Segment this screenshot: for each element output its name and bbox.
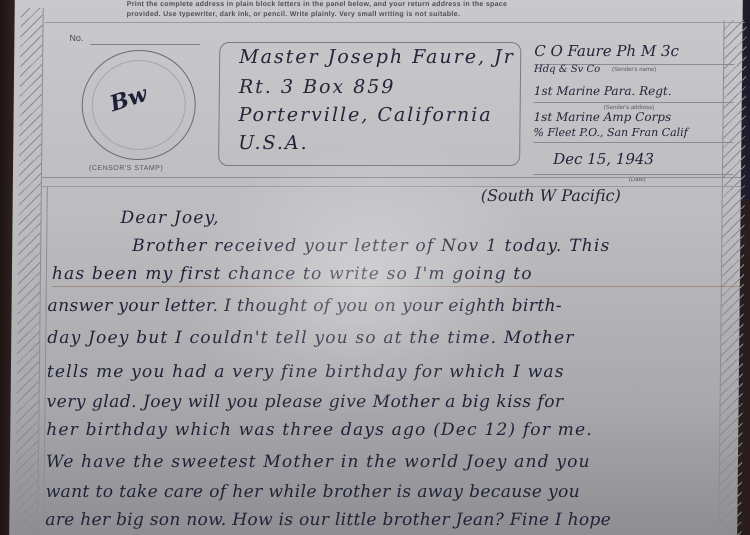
recipient-country: U.S.A.: [238, 132, 309, 154]
number-line: [90, 44, 200, 45]
sender-address-line-2: 1st Marine Amp Corps: [534, 110, 672, 124]
sender-name: C O Faure Ph M 3c: [534, 42, 679, 60]
recipient-street: Rt. 3 Box 859: [239, 76, 396, 98]
top-rule: [45, 22, 745, 23]
sender-name-label: (Sender's name): [612, 67, 656, 73]
censor-stamp-caption: (CENSOR'S STAMP): [89, 165, 163, 172]
letter-line-9: want to take care of her while brother i…: [46, 482, 581, 502]
sender-address-line-1: 1st Marine Para. Regt.: [534, 84, 672, 98]
letter-line-3: answer your letter. I thought of you on …: [47, 296, 562, 316]
instructions-line-2: provided. Use typewriter, dark ink, or p…: [127, 10, 667, 20]
letter-date: Dec 15, 1943: [553, 150, 654, 168]
salutation: Dear Joey,: [120, 208, 219, 228]
instructions-line-1: Print the complete address in plain bloc…: [127, 0, 667, 10]
recipient-name: Master Joseph Faure, Jr: [239, 46, 515, 68]
recipient-city-state: Porterville, California: [238, 104, 492, 126]
sender-address-line-3: % Fleet P.O., San Fran Calif: [533, 126, 687, 139]
location-note: (South W Pacific): [481, 186, 621, 205]
sender-address-rule: [534, 102, 734, 103]
sender-unit: Hdq & Sv Co: [534, 64, 600, 75]
letter-line-2: has been my first chance to write so I'm…: [52, 264, 533, 284]
sender-address-rule-2: [533, 142, 733, 143]
letter-line-7: her birthday which was three days ago (D…: [46, 420, 593, 440]
letter-line-10: are her big son now. How is our little b…: [45, 510, 611, 530]
header-separator: [41, 177, 741, 178]
number-label: No.: [69, 33, 83, 43]
letter-line-6: very glad. Joey will you please give Mot…: [46, 392, 563, 412]
hatched-border-right: [718, 20, 746, 535]
header-separator-2: [41, 186, 741, 187]
printed-instructions: Print the complete address in plain bloc…: [127, 0, 667, 20]
vmail-letter-sheet: Print the complete address in plain bloc…: [9, 0, 743, 535]
letter-line-1: Brother received your letter of Nov 1 to…: [132, 236, 610, 256]
hatched-border-left: [15, 8, 44, 535]
letter-line-4: day Joey but I couldn't tell you so at t…: [47, 328, 575, 348]
fold-crease: [52, 286, 742, 287]
letter-line-8: We have the sweetest Mother in the world…: [46, 452, 591, 472]
letter-line-5: tells me you had a very fine birthday fo…: [47, 362, 565, 382]
date-rule: [533, 174, 733, 175]
